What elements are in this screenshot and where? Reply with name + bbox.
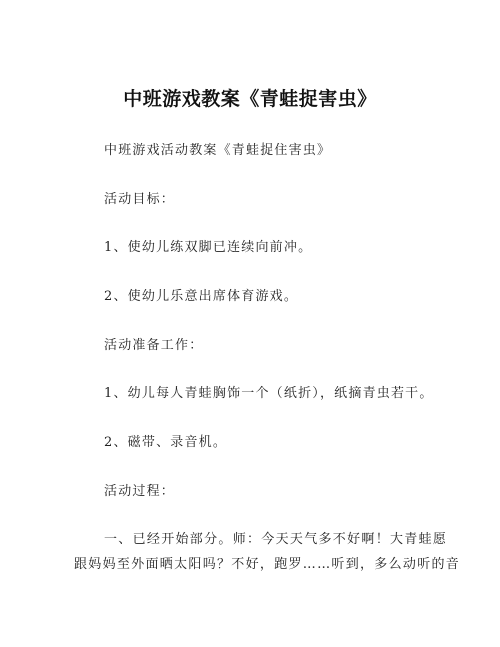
preparation-item-2: 2、磁带、录音机。 (104, 431, 227, 450)
process-paragraph-line-1: 一、已经开始部分。师：今天天气多不好啊！大青蛙愿 (104, 528, 447, 547)
preparation-item-1: 1、幼儿每人青蛙胸饰一个（纸折），纸摘青虫若干。 (104, 382, 434, 401)
document-page: 中班游戏教案《青蛙捉害虫》 中班游戏活动教案《青蛙捉住害虫》 活动目标： 1、使… (0, 0, 500, 647)
goal-item-2: 2、使幼儿乐意出席体育游戏。 (104, 285, 298, 304)
subtitle-line: 中班游戏活动教案《青蛙捉住害虫》 (104, 139, 331, 158)
goal-item-1: 1、使幼儿练双脚已连续向前冲。 (104, 236, 312, 255)
document-title: 中班游戏教案《青蛙捉害虫》 (0, 84, 500, 111)
process-paragraph-line-2: 跟妈妈至外面晒太阳吗？不好，跑罗……听到，多么动听的音 (74, 553, 460, 572)
section-heading-goals: 活动目标： (104, 188, 175, 207)
section-heading-process: 活动过程： (104, 480, 175, 499)
section-heading-preparation: 活动准备工作： (104, 334, 203, 353)
